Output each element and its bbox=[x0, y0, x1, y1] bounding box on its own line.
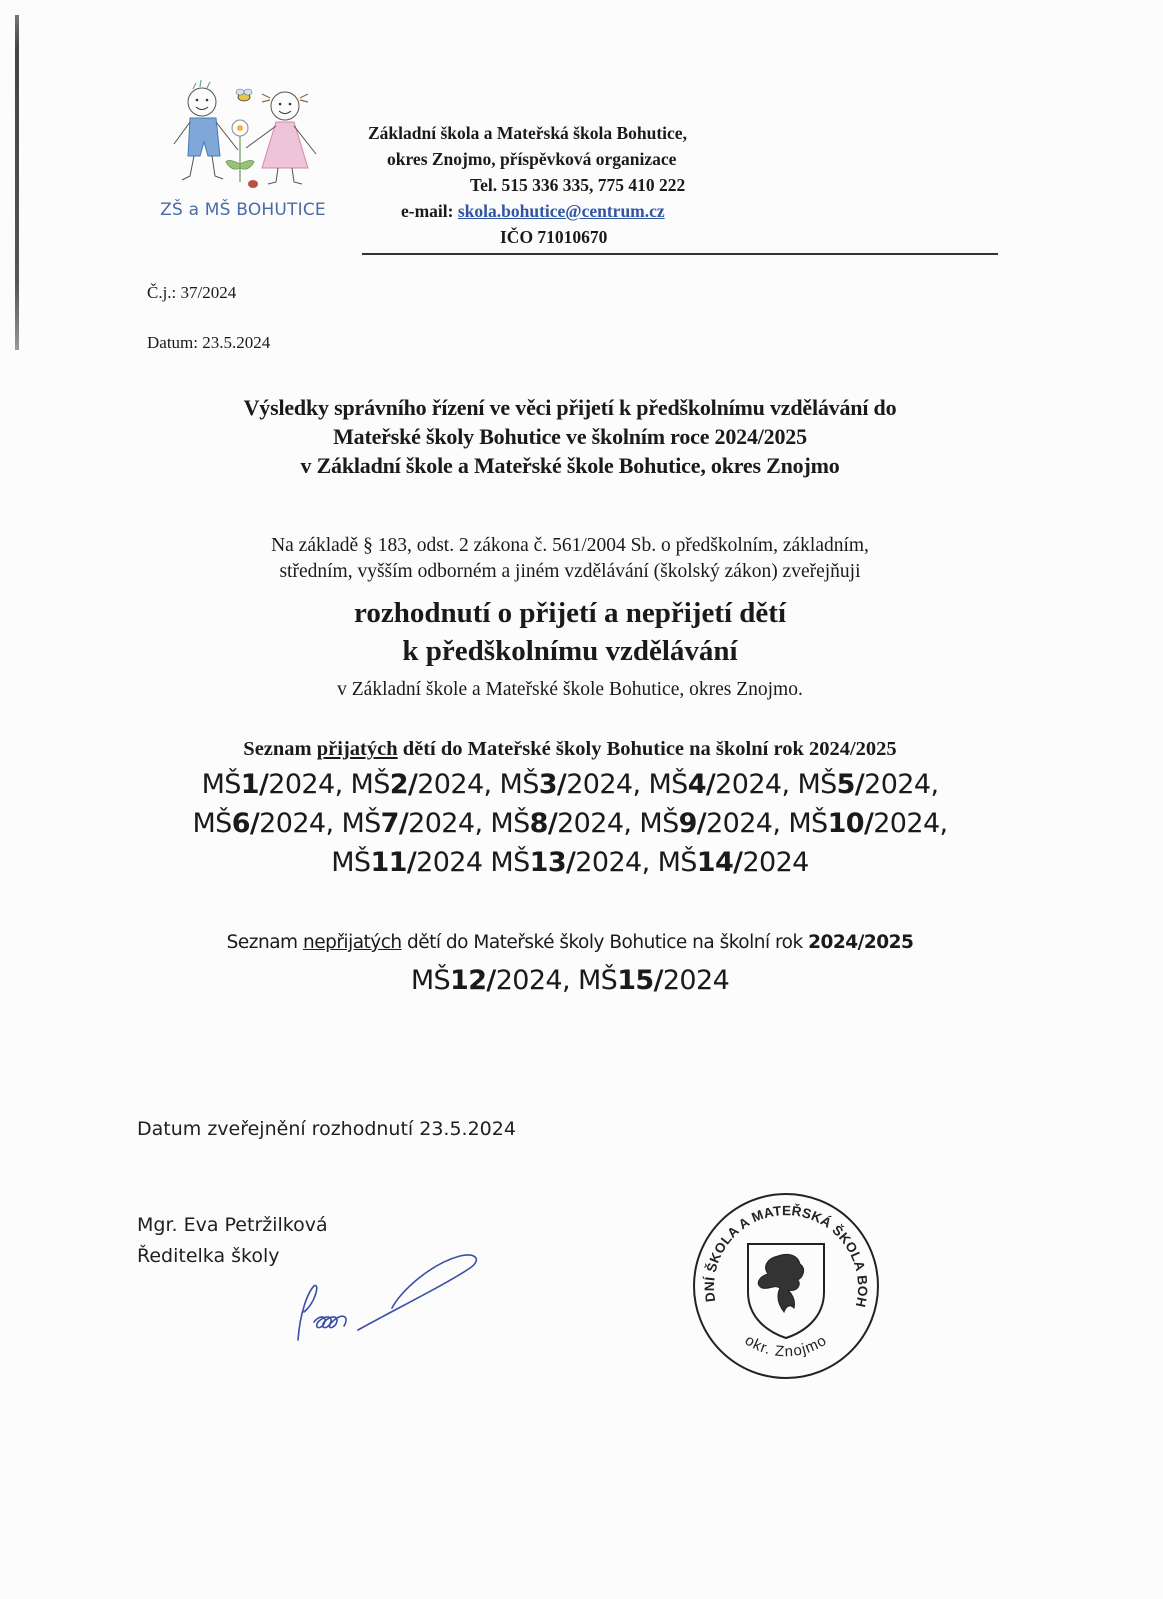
document-title: Výsledky správního řízení ve věci přijet… bbox=[120, 393, 1020, 480]
child-id: MŠ2/2024, bbox=[351, 769, 500, 800]
stamp-top-text: ZÁKLADNÍ ŠKOLA A MATEŘSKÁ ŠKOLA BOHUTICE bbox=[686, 1186, 870, 1309]
child-id: MŠ1/2024, bbox=[202, 769, 351, 800]
child-id: MŠ4/2024, bbox=[648, 769, 797, 800]
accepted-heading: Seznam přijatých dětí do Mateřské školy … bbox=[120, 735, 1020, 763]
title-line: Výsledky správního řízení ve věci přijet… bbox=[120, 393, 1020, 422]
decision-place: v Základní škole a Mateřské škole Bohuti… bbox=[120, 677, 1020, 703]
school-ico: IČO 71010670 bbox=[360, 224, 780, 250]
heading-year: 2024/2025 bbox=[808, 932, 913, 953]
heading-text: Seznam bbox=[227, 932, 303, 953]
publication-date: Datum zveřejnění rozhodnutí 23.5.2024 bbox=[137, 1118, 516, 1140]
heading-emphasis: přijatých bbox=[317, 738, 398, 760]
title-line: Mateřské školy Bohutice ve školním roce … bbox=[120, 422, 1020, 451]
heading-text: Seznam bbox=[243, 738, 316, 760]
child-id: MŠ8/2024, bbox=[490, 808, 639, 839]
rejected-heading: Seznam nepřijatých dětí do Mateřské škol… bbox=[120, 930, 1020, 956]
child-id: MŠ6/2024, bbox=[192, 808, 341, 839]
child-id: MŠ11/2024 bbox=[331, 847, 490, 878]
signature-icon bbox=[280, 1252, 490, 1352]
child-id: MŠ12/2024, bbox=[411, 965, 578, 996]
intro-line: Na základě § 183, odst. 2 zákona č. 561/… bbox=[120, 533, 1020, 559]
child-id: MŠ5/2024, bbox=[797, 769, 938, 800]
school-district: okres Znojmo, příspěvková organizace bbox=[360, 146, 780, 172]
decision-heading: rozhodnutí o přijetí a nepřijetí dětí k … bbox=[120, 594, 1020, 670]
child-id: MŠ10/2024, bbox=[788, 808, 947, 839]
svg-text:ZÁKLADNÍ ŠKOLA A MATEŘSKÁ ŠKOL: ZÁKLADNÍ ŠKOLA A MATEŘSKÁ ŠKOLA BOHUTICE bbox=[686, 1186, 870, 1309]
legal-intro: Na základě § 183, odst. 2 zákona č. 561/… bbox=[120, 533, 1020, 585]
id-line: MŠ1/2024, MŠ2/2024, MŠ3/2024, MŠ4/2024, … bbox=[120, 765, 1020, 804]
school-logo: ZŠ a MŠ BOHUTICE bbox=[140, 72, 360, 232]
reference-number: Č.j.: 37/2024 bbox=[147, 283, 236, 303]
scan-edge bbox=[15, 15, 19, 350]
child-id: MŠ9/2024, bbox=[639, 808, 788, 839]
decision-line: k předškolnímu vzdělávání bbox=[120, 632, 1020, 670]
letterhead-divider bbox=[362, 253, 998, 255]
heading-text: dětí do Mateřské školy Bohutice na školn… bbox=[402, 932, 808, 953]
school-phone: Tel. 515 336 335, 775 410 222 bbox=[360, 172, 780, 198]
title-line: v Základní škole a Mateřské škole Bohuti… bbox=[120, 451, 1020, 480]
document-date: Datum: 23.5.2024 bbox=[147, 333, 270, 353]
letterhead: Základní škola a Mateřská škola Bohutice… bbox=[360, 120, 780, 250]
svg-text:okr. Znojmo: okr. Znojmo bbox=[742, 1332, 830, 1361]
intro-line: středním, vyšším odborném a jiném vzdělá… bbox=[120, 559, 1020, 585]
child-id: MŠ15/2024 bbox=[578, 965, 729, 996]
email-label: e-mail: bbox=[401, 201, 453, 221]
signer-name: Mgr. Eva Petržilková bbox=[137, 1210, 328, 1241]
logo-text: ZŠ a MŠ BOHUTICE bbox=[143, 200, 343, 220]
heading-text: dětí do Mateřské školy Bohutice na školn… bbox=[398, 738, 897, 760]
id-line: MŠ11/2024 MŠ13/2024, MŠ14/2024 bbox=[120, 843, 1020, 882]
child-id: MŠ3/2024, bbox=[500, 769, 649, 800]
accepted-list: MŠ1/2024, MŠ2/2024, MŠ3/2024, MŠ4/2024, … bbox=[120, 765, 1020, 882]
decision-line: rozhodnutí o přijetí a nepřijetí dětí bbox=[120, 594, 1020, 632]
child-id: MŠ14/2024 bbox=[658, 847, 809, 878]
school-stamp-icon: ZÁKLADNÍ ŠKOLA A MATEŘSKÁ ŠKOLA BOHUTICE… bbox=[686, 1186, 886, 1386]
children-drawing-icon bbox=[160, 72, 330, 198]
heading-emphasis: nepřijatých bbox=[303, 932, 402, 953]
rejected-list: MŠ12/2024, MŠ15/2024 bbox=[120, 961, 1020, 1000]
child-id: MŠ7/2024, bbox=[341, 808, 490, 839]
email-link[interactable]: skola.bohutice@centrum.cz bbox=[458, 201, 665, 221]
school-email-line: e-mail: skola.bohutice@centrum.cz bbox=[360, 198, 780, 224]
child-id: MŠ13/2024, bbox=[490, 847, 657, 878]
school-name: Základní škola a Mateřská škola Bohutice… bbox=[360, 120, 780, 146]
stamp-bottom-text: okr. Znojmo bbox=[742, 1332, 830, 1361]
id-line: MŠ12/2024, MŠ15/2024 bbox=[120, 961, 1020, 1000]
id-line: MŠ6/2024, MŠ7/2024, MŠ8/2024, MŠ9/2024, … bbox=[120, 804, 1020, 843]
